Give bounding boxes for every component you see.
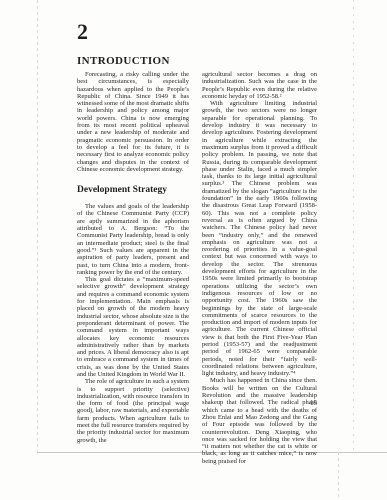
section-heading-development-strategy: Development Strategy: [77, 185, 189, 195]
paragraph-role-of-agriculture: The role of agriculture in such a system…: [77, 378, 189, 444]
paragraph-agricultural-drag: agricultural sector becomes a drag on in…: [202, 71, 317, 100]
paragraph-forecasting: Forecasting, a risky calling under the b…: [77, 71, 189, 173]
chapter-number: 2: [77, 21, 88, 43]
chapter-title: INTRODUCTION: [77, 55, 170, 67]
paragraph-values-goals: The values and goals of the leadership o…: [77, 203, 189, 276]
book-page: 2 INTRODUCTION Forecasting, a risky call…: [0, 0, 387, 500]
paragraph-much-has-happened: Much has happened in China since then. B…: [202, 377, 317, 465]
text-column-left: Forecasting, a risky calling under the b…: [77, 71, 189, 444]
page-number: 15: [293, 399, 317, 407]
page-edge-right-line: [353, 0, 354, 452]
page-edge-left-line: [37, 0, 38, 452]
paragraph-goal-dictates: This goal dictates a “maximum-speed sele…: [77, 276, 189, 378]
page-edge-bottom-right-line: [338, 452, 339, 500]
paragraph-agriculture-limiting: With agriculture limiting industrial gro…: [202, 100, 317, 377]
